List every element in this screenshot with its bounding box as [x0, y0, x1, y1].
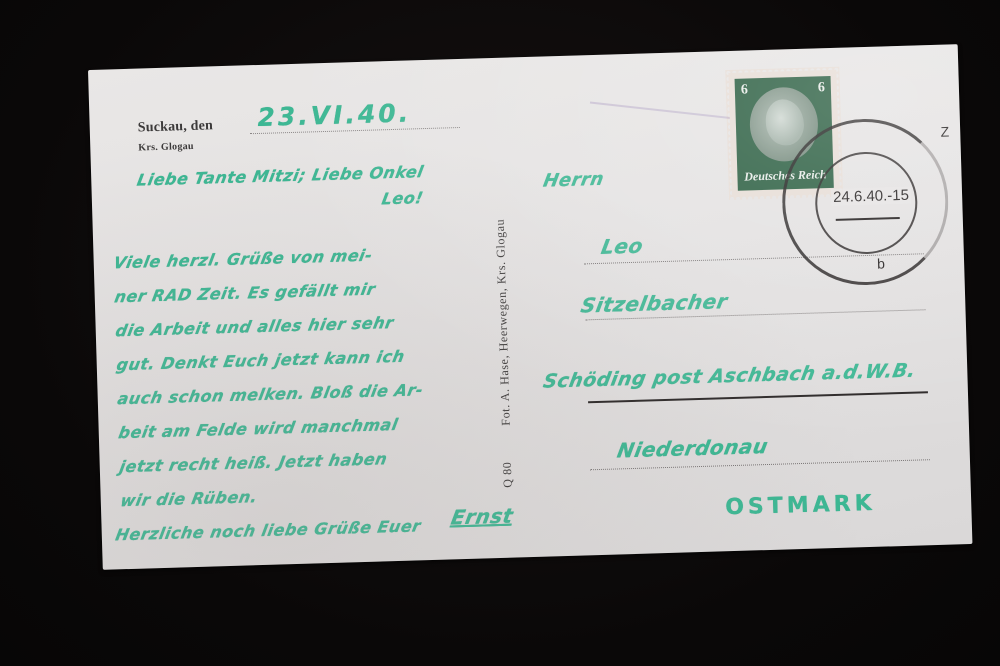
message-line: gut. Denkt Euch jetzt kann ich	[115, 347, 406, 375]
publisher-text: Fot. A. Hase, Heerwegen, Krs. Glogau	[493, 219, 513, 426]
message-line: beit am Felde wird manchmal	[117, 415, 400, 442]
message-line: Viele herzl. Grüße von mei-	[112, 246, 374, 273]
message-line: jetzt recht heiß. Jetzt haben	[118, 449, 389, 476]
address-line-3	[588, 391, 928, 403]
printed-place: Suckau, den	[138, 118, 214, 136]
message-line: auch schon melken. Bloß die Ar-	[116, 380, 425, 408]
postmark-date: 24.6.40.-15	[831, 187, 911, 206]
postcard: Suckau, den Krs. Glogau 23.VI.40. Liebe …	[88, 44, 972, 570]
address-region: Niederdonau	[615, 434, 770, 463]
message-line: Leo!	[380, 188, 425, 208]
postmark-letter: b	[877, 255, 885, 271]
postmark-bar	[836, 217, 900, 221]
address-surname: Sitzelbacher	[579, 289, 730, 317]
publisher-imprint: Q 80Fot. A. Hase, Heerwegen, Krs. Glogau	[493, 219, 516, 488]
message-line: Liebe Tante Mitzi; Liebe Onkel	[136, 162, 426, 190]
message-line: die Arbeit und alles hier sehr	[114, 313, 395, 340]
message-line: wir die Rüben.	[119, 487, 259, 510]
stamp-value-right: 6	[818, 80, 825, 96]
signature: Ernst	[449, 504, 515, 530]
card-code: Q 80	[500, 461, 515, 487]
address-country: OSTMARK	[725, 491, 876, 520]
address-town: Schöding post Aschbach a.d.W.B.	[541, 360, 917, 393]
message-line: Herzliche noch liebe Grüße Euer	[114, 516, 422, 544]
address-salutation: Herrn	[542, 169, 606, 192]
handwritten-date: 23.VI.40.	[257, 98, 412, 132]
portrait-head-icon	[765, 99, 804, 146]
printed-district: Krs. Glogau	[138, 141, 194, 154]
address-name: Leo	[599, 234, 645, 259]
postmark-mark: Z	[940, 123, 949, 139]
message-line: ner RAD Zeit. Es gefällt mir	[113, 280, 377, 307]
postmark-inner-ring: 24.6.40.-15	[814, 150, 919, 255]
stamp-value-left: 6	[741, 82, 748, 98]
